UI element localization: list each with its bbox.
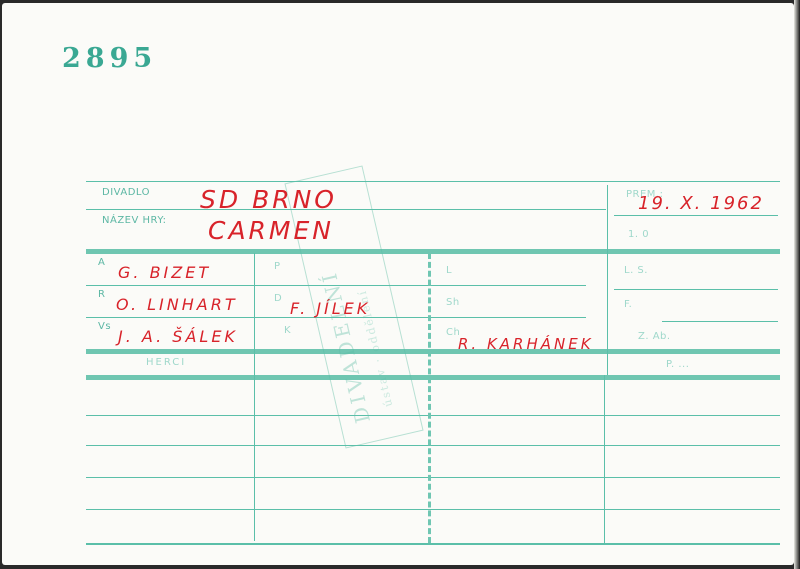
- premiere-date: 19. X. 1962: [638, 193, 764, 214]
- set-designer-label: Vs: [98, 321, 111, 332]
- director-label: R: [98, 289, 105, 300]
- director-value: O. LINHART: [116, 295, 238, 314]
- theatre-value: SD BRNO: [200, 185, 337, 214]
- middle-label-p: P: [274, 261, 281, 272]
- rule-line: [86, 285, 586, 286]
- card-number: 2895: [62, 43, 157, 74]
- conductor-label: D: [274, 293, 282, 304]
- cast-right-label: P. ...: [666, 359, 689, 370]
- choreographer-value: R. KARHÁNEK: [458, 335, 594, 353]
- rule-line: [86, 415, 780, 416]
- cast-label: HERCI: [146, 357, 186, 368]
- section-divider: [86, 249, 780, 254]
- theatre-label: DIVADLO: [102, 187, 150, 198]
- section-divider: [86, 375, 780, 380]
- rule-line: [86, 477, 780, 478]
- bottom-rule: [86, 543, 780, 545]
- author-value: G. BIZET: [118, 263, 211, 282]
- rule-line: [86, 181, 780, 182]
- far-right-label-2: F.: [624, 299, 632, 310]
- right-label-sh: Sh: [446, 297, 460, 308]
- scan-edge: [794, 0, 800, 569]
- rule-line: [86, 509, 780, 510]
- index-card: 2895 DIVADELNÍ ústav · oddělení DIVADLO …: [2, 3, 794, 565]
- rule-line: [86, 209, 606, 210]
- column-line: [428, 253, 431, 543]
- rule-line: [614, 215, 778, 216]
- right-label-l: L: [446, 265, 452, 276]
- play-title-label: NÁZEV HRY:: [102, 215, 167, 226]
- column-line: [254, 253, 255, 541]
- section-divider: [86, 349, 780, 354]
- set-designer-value: J. A. ŠÁLEK: [118, 327, 238, 346]
- middle-label-k: K: [284, 325, 291, 336]
- play-title-value: CARMEN: [208, 216, 334, 245]
- rule-line: [662, 321, 778, 322]
- column-line: [604, 375, 605, 543]
- far-right-label-3: Z. Ab.: [638, 331, 671, 342]
- author-label: A: [98, 257, 105, 268]
- rule-line: [614, 289, 778, 290]
- column-line: [607, 185, 608, 375]
- rule-line: [86, 445, 780, 446]
- conductor-value: F. JÍLEK: [290, 299, 370, 318]
- far-right-label-1: L. S.: [624, 265, 648, 276]
- premiere-sublabel: 1. 0: [628, 229, 649, 240]
